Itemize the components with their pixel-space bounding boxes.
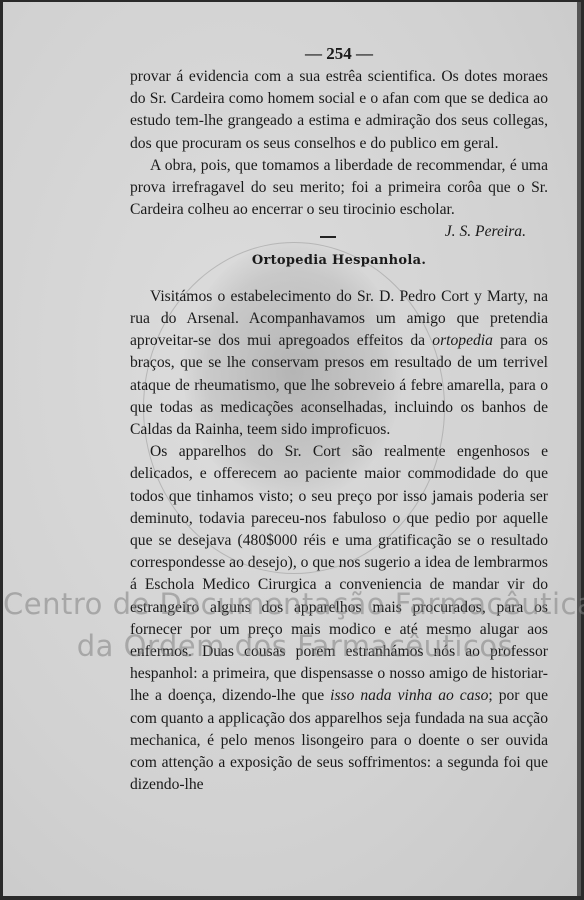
section-divider xyxy=(320,236,336,238)
article2-paragraph-1: Visitámos o estabelecimento do Sr. D. Pe… xyxy=(130,286,548,441)
italic-quote: isso nada vinha ao caso xyxy=(330,687,488,704)
article1-paragraph-1: provar á evidencia com a sua estrêa scie… xyxy=(130,66,548,155)
page-body: — 254 — provar á evidencia com a sua est… xyxy=(130,44,548,797)
article1-signature: J. S. Pereira. xyxy=(130,221,548,243)
article2-title: Ortopedia Hespanhola. xyxy=(130,250,548,272)
watermark-line-2: da Ordem dos Farmacêuticos xyxy=(3,629,584,663)
watermark-line-1: Centro de Documentação Farmacêutica xyxy=(3,587,584,621)
scanned-page: — 254 — provar á evidencia com a sua est… xyxy=(3,2,581,896)
page-number: — 254 — xyxy=(130,44,548,64)
text-run: Os apparelhos do Sr. Cort são realmente … xyxy=(130,443,548,704)
italic-term: ortopedia xyxy=(432,332,493,349)
article1-paragraph-2: A obra, pois, que tomamos a liberdade de… xyxy=(130,155,548,222)
